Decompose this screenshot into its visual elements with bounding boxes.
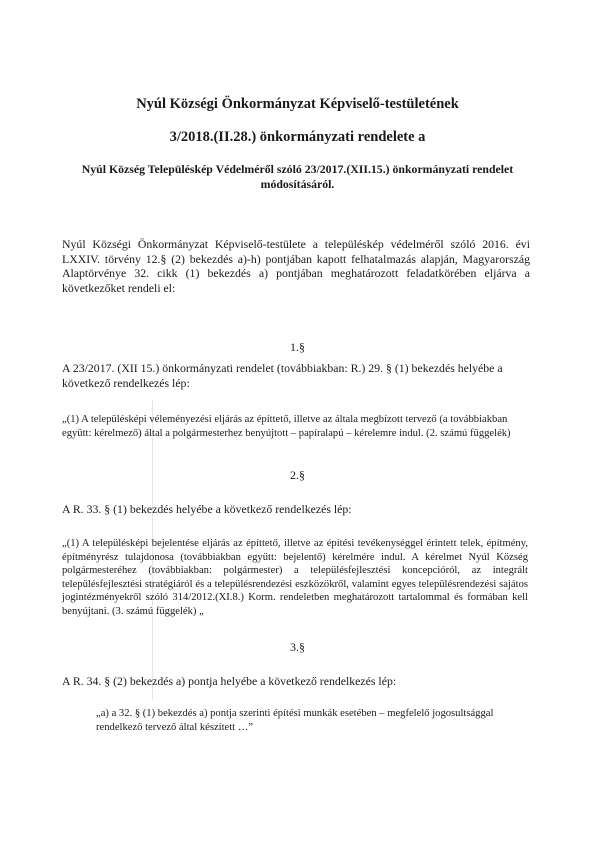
document-subtitle: Nyúl Község Településkép Védelméről szól… [0, 162, 595, 177]
section-heading-2: 2.§ [0, 468, 595, 483]
section-3-quote: „a) a 32. § (1) bekezdés a) pontja szeri… [96, 707, 506, 734]
document-title-issuer: Nyúl Községi Önkormányzat Képviselő-test… [0, 96, 595, 113]
document-page: Nyúl Községi Önkormányzat Képviselő-test… [0, 0, 595, 842]
section-2-intro: A R. 33. § (1) bekezdés helyébe a követk… [62, 502, 532, 517]
section-1-intro: A 23/2017. (XII 15.) önkormányzati rende… [62, 361, 532, 390]
document-subtitle-cont: módosításáról. [0, 177, 595, 192]
section-3-intro: A R. 34. § (2) bekezdés a) pontja helyéb… [62, 674, 532, 689]
document-title-number: 3/2018.(II.28.) önkormányzati rendelete … [0, 129, 595, 146]
section-heading-1: 1.§ [0, 340, 595, 355]
preamble: Nyúl Községi Önkormányzat Képviselő-test… [62, 237, 530, 295]
section-1-quote: „(1) A településképi véleményezési eljár… [62, 413, 522, 440]
section-2-quote: „(1) A településképi bejelentése eljárás… [62, 537, 528, 618]
section-heading-3: 3.§ [0, 640, 595, 655]
